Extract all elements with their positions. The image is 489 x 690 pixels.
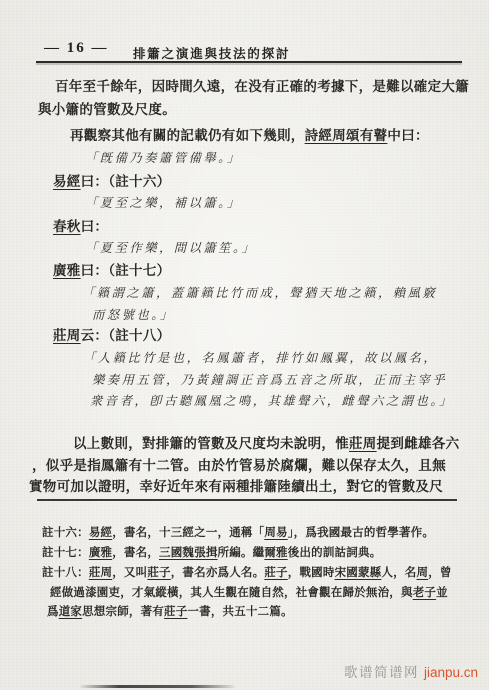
quote-text: 「夏至之樂，補以簫。」: [85, 196, 242, 210]
body-line: 與小簫的管數及尺度。: [38, 102, 176, 118]
footnote-line: 註十六：易經，書名，十三經之一，通稱「周易」，爲我國最古的哲學著作。: [42, 527, 434, 541]
book-title-underlined: 易經: [53, 174, 81, 189]
book-title-underlined: 廣雅: [89, 547, 112, 559]
book-title-underlined: 詩經周頌有瞽: [305, 128, 388, 143]
person-name-underlined: 莊子: [147, 567, 170, 579]
page-title: 排簫之演進與技法的探討: [133, 44, 290, 62]
scanned-book-page: — 16 — 排簫之演進與技法的探討 百年至千餘年，因時間久遠，在没有正確的考據…: [0, 0, 489, 690]
body-line: 實物可加以證明，幸好近年來有兩種排簫陸續出土，對它的管數及尺: [29, 479, 443, 495]
footnote-text: 一書，共五十二篇。: [187, 606, 292, 618]
footnote-text: 人，名: [381, 567, 416, 579]
quote-text: 「旣備乃奏簫管備舉。」: [85, 151, 242, 165]
body-text: 百年至千餘年，因時間久遠，在没有正確的考據下，是難以確定大簫: [55, 79, 469, 94]
footnote-text: 」，爲我國最古的哲學著作。: [288, 527, 434, 539]
footnote-line: 註十七：廣雅，書名，三國魏張揖所編。繼爾雅後出的訓詁詞典。: [42, 547, 381, 561]
footnote-separator: [37, 499, 457, 501]
body-line: ，似乎是指鳳簫有十二管。由於竹管易於腐爛，難以保存太久，且無: [32, 458, 446, 474]
quote-line: 而怒號也。」: [92, 308, 175, 323]
body-text: 提到雌雄各六: [377, 436, 460, 451]
footnote-text: 後出的訓詁詞典。: [288, 547, 382, 559]
book-title-underlined: 廣雅: [53, 263, 81, 278]
footnote-text: 並: [436, 587, 448, 599]
quote-text: 「夏至作樂，間以簫笙。」: [85, 241, 256, 255]
watermark-site-url: jianpu.cn: [424, 665, 478, 680]
body-line: 春秋曰：: [53, 219, 108, 235]
quote-text: 樂奏用五管，乃黃鐘調正音爲五音之所取，正而主宰乎: [92, 373, 447, 387]
person-name-underlined: 莊周: [53, 328, 81, 343]
body-line: 再觀察其他有關的記載仍有如下幾則，詩經周頌有瞽中曰：: [70, 128, 429, 144]
book-title-underlined: 春秋: [53, 219, 81, 234]
body-text: ，似乎是指鳳簫有十二管。由於竹管易於腐爛，難以保存太久，且無: [32, 458, 446, 473]
body-text: 以上數則，對排簫的管數及尺度均未說明，惟: [73, 436, 349, 451]
body-text: 云：（註十八）: [81, 328, 171, 343]
person-name-underlined: 周: [416, 567, 428, 579]
body-text: 中曰：: [387, 128, 428, 143]
quote-text: 衆音者，卽古聽鳳凰之鳴，其雄聲六，雌聲六之謂也。」: [90, 394, 454, 408]
person-name-underlined: 老子: [413, 587, 436, 599]
footnote-text: 所編。繼: [218, 547, 265, 559]
quote-text: 「人籟比竹是也，名鳳簫者，排竹如鳳翼，故以鳳名，: [83, 351, 438, 365]
school-name-underlined: 道家: [59, 606, 82, 618]
footnote-line: 經做過漆園吏，才氣縱橫，其人生觀在隨自然，社會觀在歸於無治，與老子並: [50, 587, 448, 601]
footnote-text: 爲: [47, 606, 59, 618]
watermark: 歌谱简谱网jianpu.cn: [344, 661, 478, 682]
book-title-underlined: 莊子: [164, 606, 187, 618]
quote-text: 「籟謂之簫，蓋簫籟比竹而成，聲猶天地之籟，賴風竅: [82, 286, 437, 300]
body-line: 百年至千餘年，因時間久遠，在没有正確的考據下，是難以確定大簫: [55, 79, 469, 95]
person-name-underlined: 莊周: [89, 567, 112, 579]
person-name-underlined: 莊子: [264, 567, 287, 579]
body-text: 曰：（註十六）: [81, 174, 171, 189]
body-text: 曰：（註十七）: [81, 263, 171, 278]
body-line: 莊周云：（註十八）: [53, 328, 170, 344]
place-name-underlined: 宋國蒙縣: [335, 567, 382, 579]
quote-line: 衆音者，卽古聽鳳凰之鳴，其雄聲六，雌聲六之謂也。」: [90, 394, 454, 409]
book-title-underlined: 周易: [264, 527, 287, 539]
footnote-text: ，書名，: [112, 547, 159, 559]
footnote-text: 註十七：: [42, 547, 89, 559]
watermark-site-name: 歌谱简谱网: [344, 665, 419, 680]
quote-line: 「旣備乃奏簫管備舉。」: [85, 151, 242, 166]
quote-text: 而怒號也。」: [92, 308, 175, 322]
page-number: — 16 —: [44, 40, 109, 57]
body-line: 以上數則，對排簫的管數及尺度均未說明，惟莊周提到雌雄各六: [73, 436, 459, 452]
body-text: 實物可加以證明，幸好近年來有兩種排簫陸續出土，對它的管數及尺: [29, 479, 443, 494]
quote-line: 樂奏用五管，乃黃鐘調正音爲五音之所取，正而主宰乎: [92, 373, 447, 388]
person-name-underlined: 三國魏張揖: [159, 547, 218, 559]
body-line: 廣雅曰：（註十七）: [53, 263, 170, 279]
footnote-text: 註十八：: [42, 567, 89, 579]
footnote-text: ，書名，十三經之一，通稱「: [112, 527, 264, 539]
header-rule: [36, 61, 462, 63]
footnote-text: 註十六：: [42, 527, 89, 539]
body-text: 曰：: [81, 219, 109, 234]
book-title-underlined: 易經: [89, 527, 112, 539]
footnote-text: ，戰國時: [288, 567, 335, 579]
footnote-text: ，曾: [428, 567, 451, 579]
footnote-text: 思想宗師，著有: [82, 606, 164, 618]
footnote-text: ，又叫: [112, 567, 147, 579]
quote-line: 「人籟比竹是也，名鳳簫者，排竹如鳳翼，故以鳳名，: [83, 351, 438, 366]
quote-line: 「籟謂之簫，蓋簫籟比竹而成，聲猶天地之籟，賴風竅: [82, 286, 437, 301]
footnote-text: ，書名亦爲人名。: [171, 567, 265, 579]
person-name-underlined: 莊周: [349, 436, 377, 451]
quote-line: 「夏至作樂，間以簫笙。」: [85, 241, 256, 256]
body-text: 與小簫的管數及尺度。: [38, 102, 176, 117]
body-line: 易經曰：（註十六）: [53, 174, 170, 190]
footnote-line: 註十八：莊周，又叫莊子，書名亦爲人名。莊子，戰國時宋國蒙縣人，名周，曾: [42, 567, 452, 581]
book-title-underlined: 爾雅: [264, 547, 287, 559]
scan-artifact-line: [80, 685, 235, 688]
footnote-text: 經做過漆園吏，才氣縱橫，其人生觀在隨自然，社會觀在歸於無治，與: [50, 587, 413, 599]
quote-line: 「夏至之樂，補以簫。」: [85, 196, 242, 211]
footnote-line: 爲道家思想宗師，著有莊子一書，共五十二篇。: [47, 606, 293, 620]
body-text: 再觀察其他有關的記載仍有如下幾則，: [70, 128, 305, 143]
